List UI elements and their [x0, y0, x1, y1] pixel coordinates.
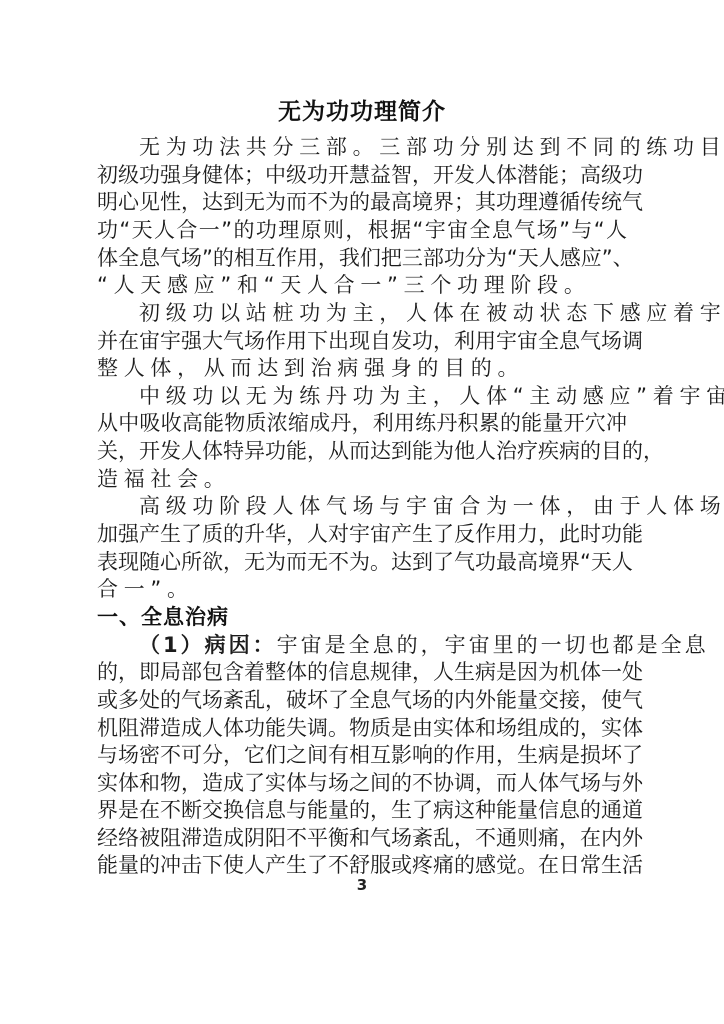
paragraph-1-line-6: “人天感应”和“天人合一”三个功理阶段。 — [97, 272, 627, 299]
paragraph-4-line-3: 表现随心所欲，无为而无不为。达到了气功最高境界“天人 — [97, 549, 627, 576]
page-number: 3 — [0, 876, 724, 894]
paragraph-4-line-2: 加强产生了质的升华，人对宇宙产生了反作用力，此时功能 — [97, 521, 627, 548]
paragraph-2-line-1: 初级功以站桩功为主，人体在被动状态下感应着宇宙， — [97, 300, 627, 327]
section-paragraph-label: （1）病因： — [139, 633, 277, 657]
section-paragraph-line-4: 机阻滞造成人体功能失调。物质是由实体和场组成的，实体 — [97, 715, 627, 742]
page-title: 无为功功理简介 — [0, 93, 724, 126]
section-paragraph-line-8: 经络被阻滞造成阴阳不平衡和气场紊乱，不通则痛，在内外 — [97, 825, 627, 852]
paragraph-3-line-4: 造福社会。 — [97, 466, 627, 493]
section-paragraph-line-7: 界是在不断交换信息与能量的，生了病这种能量信息的通道 — [97, 797, 627, 824]
paragraph-1-line-5: 体全息气场”的相互作用，我们把三部功分为“天人感应”、 — [97, 245, 627, 272]
paragraph-4-line-4: 合一”。 — [97, 576, 627, 603]
paragraph-4-line-1: 高级功阶段人体气场与宇宙合为一体，由于人体场能的 — [97, 493, 627, 520]
section-paragraph-line-1: （1）病因：宇宙是全息的，宇宙里的一切也都是全息 — [97, 632, 627, 659]
section-paragraph-line-3: 或多处的气场紊乱，破坏了全息气场的内外能量交接，使气 — [97, 687, 627, 714]
section-paragraph-line-6: 实体和物，造成了实体与场之间的不协调，而人体气场与外 — [97, 770, 627, 797]
section-paragraph-first-line: 宇宙是全息的，宇宙里的一切也都是全息 — [277, 633, 709, 657]
paragraph-3-line-1: 中级功以无为练丹功为主，人体“主动感应”着宇宙， — [97, 383, 627, 410]
document-page: 无为功功理简介 无为功法共分三部。三部功分别达到不同的练功目的， 初级功强身健体… — [0, 0, 724, 1024]
paragraph-1-line-1: 无为功法共分三部。三部功分别达到不同的练功目的， — [97, 134, 627, 161]
section-paragraph-line-2: 的，即局部包含着整体的信息规律，人生病是因为机体一处 — [97, 659, 627, 686]
section-paragraph-line-9: 能量的冲击下使人产生了不舒服或疼痛的感觉。在日常生活 — [97, 852, 627, 879]
paragraph-2-line-2: 并在宙宇强大气场作用下出现自发功，利用宇宙全息气场调 — [97, 328, 627, 355]
section-heading: 一、全息治病 — [97, 604, 229, 631]
paragraph-1-line-3: 明心见性，达到无为而不为的最高境界；其功理遵循传统气 — [97, 189, 627, 216]
paragraph-1-line-2: 初级功强身健体；中级功开慧益智，开发人体潜能；高级功 — [97, 162, 627, 189]
paragraph-2-line-3: 整人体，从而达到治病强身的目的。 — [97, 355, 627, 382]
paragraph-3-line-2: 从中吸收高能物质浓缩成丹，利用练丹积累的能量开穴冲 — [97, 410, 627, 437]
section-paragraph-line-5: 与场密不可分，它们之间有相互影响的作用，生病是损坏了 — [97, 742, 627, 769]
paragraph-3-line-3: 关，开发人体特异功能，从而达到能为他人治疗疾病的目的， — [97, 438, 627, 465]
paragraph-1-line-4: 功“天人合一”的功理原则，根据“宇宙全息气场”与“人 — [97, 217, 627, 244]
